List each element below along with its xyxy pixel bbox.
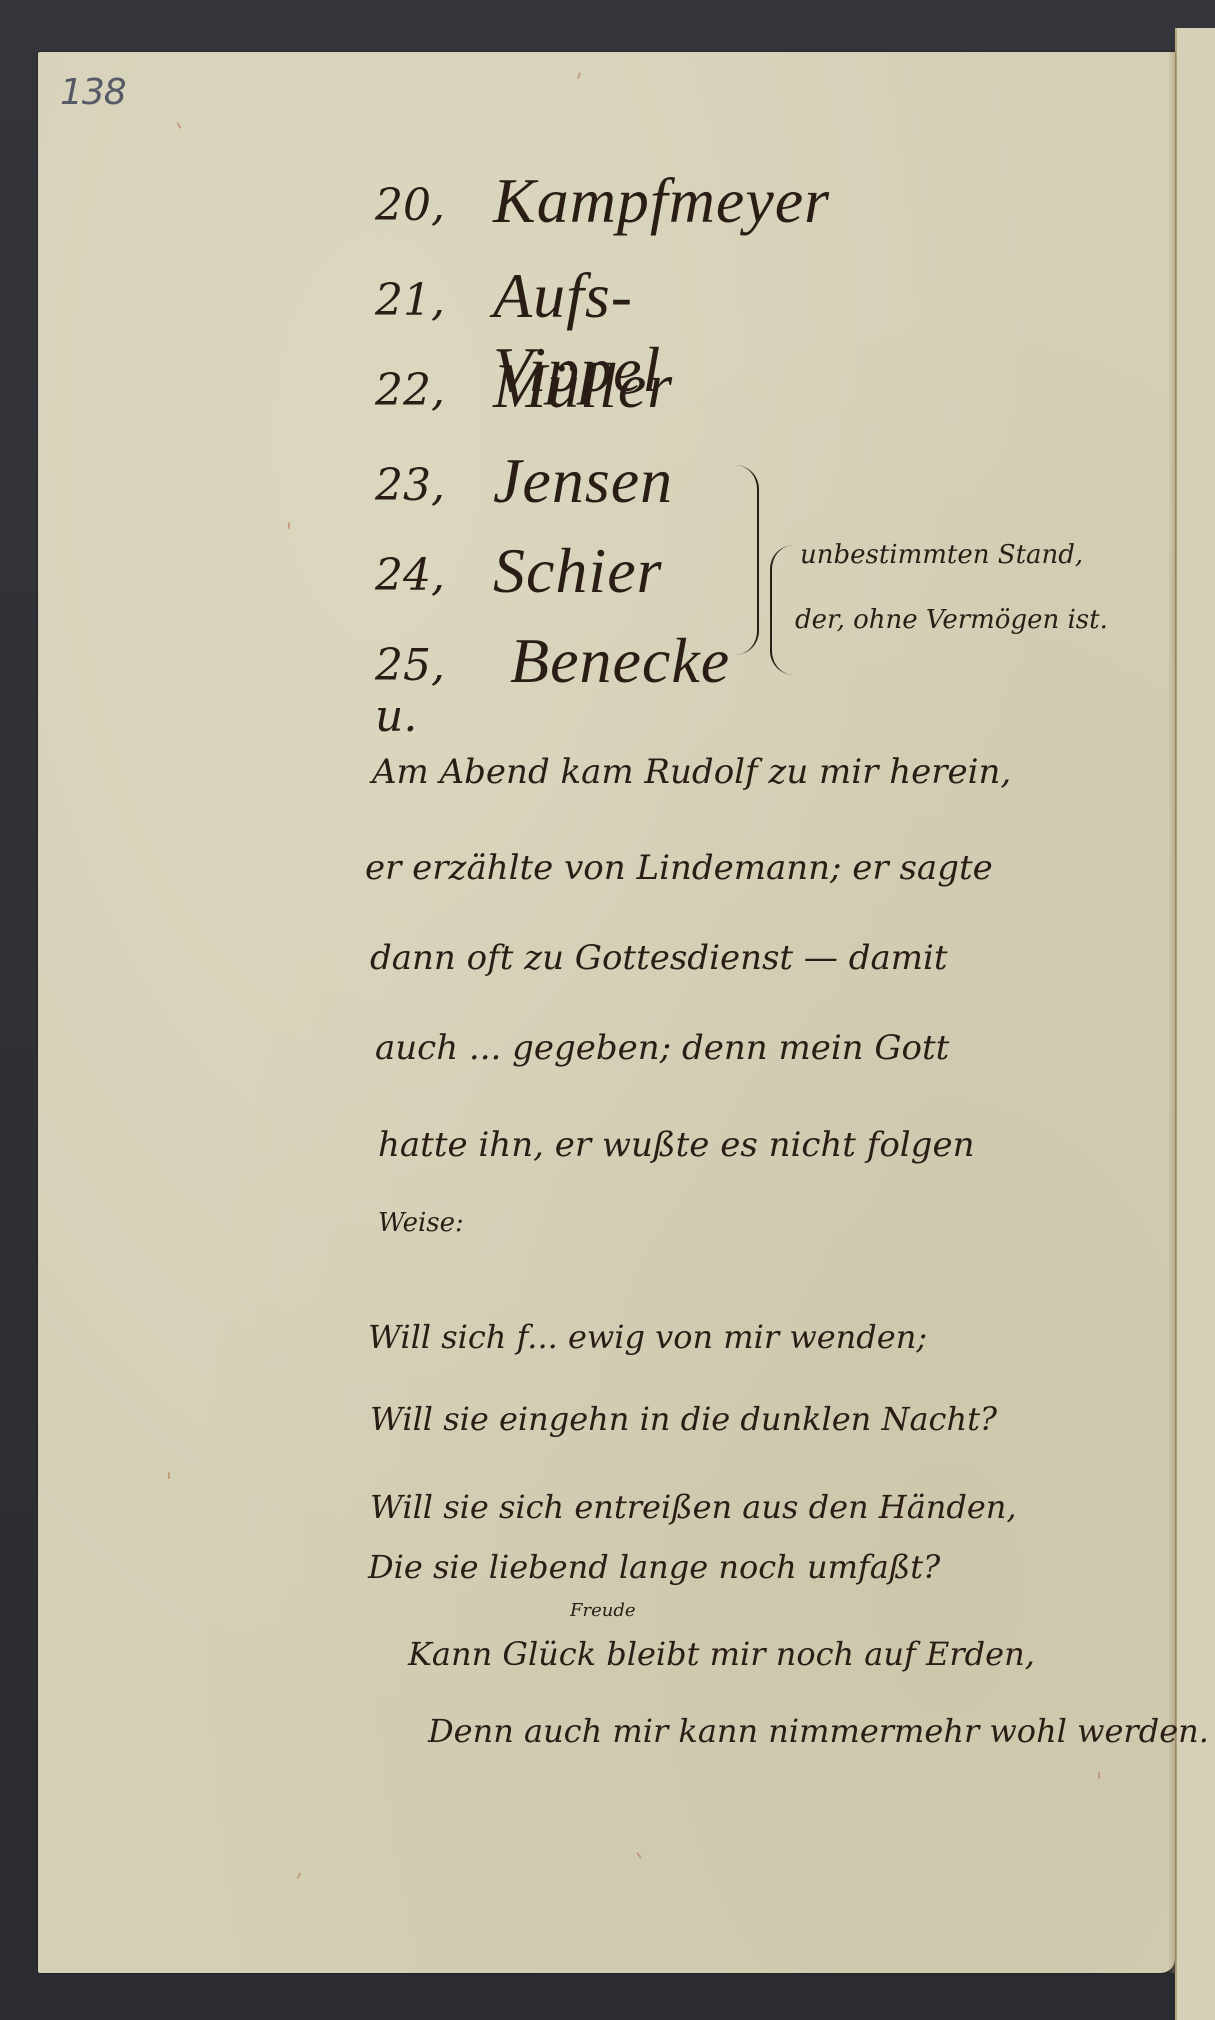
list-name: Kampfmeyer [493, 164, 830, 238]
prose-line: Am Abend kam Rudolf zu mir herein, [372, 752, 1011, 792]
prose-line: hatte ihn, er wußte es nicht folgen [378, 1125, 974, 1165]
paper-fleck [297, 1872, 302, 1879]
inserted-word: Freude [570, 1600, 636, 1621]
poem-line: Will sie sich entreißen aus den Händen, [370, 1488, 1017, 1526]
paper-fleck [636, 1852, 642, 1859]
list-number: 21, [375, 275, 445, 326]
bracket-note-line-2: der, ohne Vermögen ist. [795, 605, 1108, 635]
poem-line: Denn auch mir kann nimmermehr wohl werde… [428, 1712, 1209, 1750]
list-name: Schier [493, 534, 663, 608]
list-number: 25, u. [375, 640, 445, 742]
left-brace [770, 545, 794, 675]
list-name: Jensen [493, 444, 673, 518]
paper-fleck [577, 72, 581, 79]
poem-line: Kann Glück bleibt mir noch auf Erden, [408, 1635, 1035, 1673]
right-brace [735, 465, 759, 655]
paper-fleck [288, 522, 290, 529]
list-name: Benecke [510, 624, 730, 698]
list-number: 23, [375, 460, 445, 511]
list-number: 22, [375, 365, 445, 416]
list-number: 24, [375, 550, 445, 601]
folio-number: 138 [60, 72, 126, 113]
paper-fleck [176, 122, 181, 129]
poem-line: Will sich f... ewig von mir wenden; [368, 1318, 927, 1356]
prose-line: er erzählte von Lindemann; er sagte [365, 848, 993, 888]
list-name: Müller [493, 349, 673, 423]
poem-line: Will sie eingehn in die dunklen Nacht? [370, 1400, 997, 1438]
bracket-note-line-1: unbestimmten Stand, [800, 540, 1083, 570]
prose-line: Weise: [378, 1208, 464, 1238]
list-number: 20, [375, 180, 445, 231]
prose-line: auch ... gegeben; denn mein Gott [375, 1028, 949, 1068]
poem-line: Die sie liebend lange noch umfaßt? [368, 1548, 940, 1586]
binding-fold [1168, 52, 1176, 1973]
prose-line: dann oft zu Gottesdienst — damit [370, 938, 948, 978]
paper-fleck [168, 1472, 170, 1479]
paper-fleck [1098, 1772, 1100, 1779]
